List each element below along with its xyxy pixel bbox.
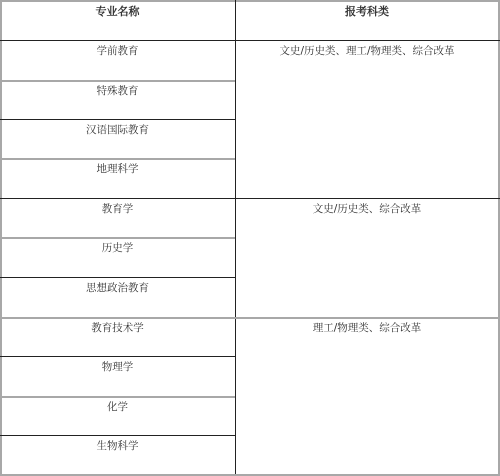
major-cell: 教育技术学 [0, 321, 235, 335]
major-cell: 汉语国际教育 [0, 123, 235, 137]
row-divider [0, 396, 235, 398]
subject-category-cell: 文史/历史类、综合改革 [236, 202, 498, 216]
major-cell: 生物科学 [0, 439, 235, 453]
major-cell: 地理科学 [0, 162, 235, 176]
header-divider [0, 40, 500, 41]
major-cell: 化学 [0, 400, 235, 414]
row-divider [0, 277, 235, 278]
row-divider [0, 119, 235, 120]
subject-category-cell: 文史/历史类、理工/物理类、综合改革 [236, 44, 498, 58]
major-cell: 教育学 [0, 202, 235, 216]
row-divider [0, 356, 235, 357]
majors-table: 专业名称 报考科类 学前教育 特殊教育 汉语国际教育 地理科学 文史/历史类、理… [0, 0, 500, 476]
group-divider [0, 317, 500, 319]
row-divider [0, 237, 235, 239]
subject-category-cell: 理工/物理类、综合改革 [236, 321, 498, 335]
column-divider [235, 0, 236, 474]
row-divider [0, 158, 235, 160]
major-cell: 思想政治教育 [0, 281, 235, 295]
major-cell: 学前教育 [0, 44, 235, 58]
group-divider [0, 198, 500, 199]
row-divider [0, 80, 235, 82]
header-subject-category: 报考科类 [236, 5, 498, 19]
row-divider [0, 435, 235, 436]
major-cell: 历史学 [0, 241, 235, 255]
major-cell: 特殊教育 [0, 84, 235, 98]
major-cell: 物理学 [0, 360, 235, 374]
table-border-top [0, 0, 500, 2]
header-major-name: 专业名称 [0, 5, 235, 19]
